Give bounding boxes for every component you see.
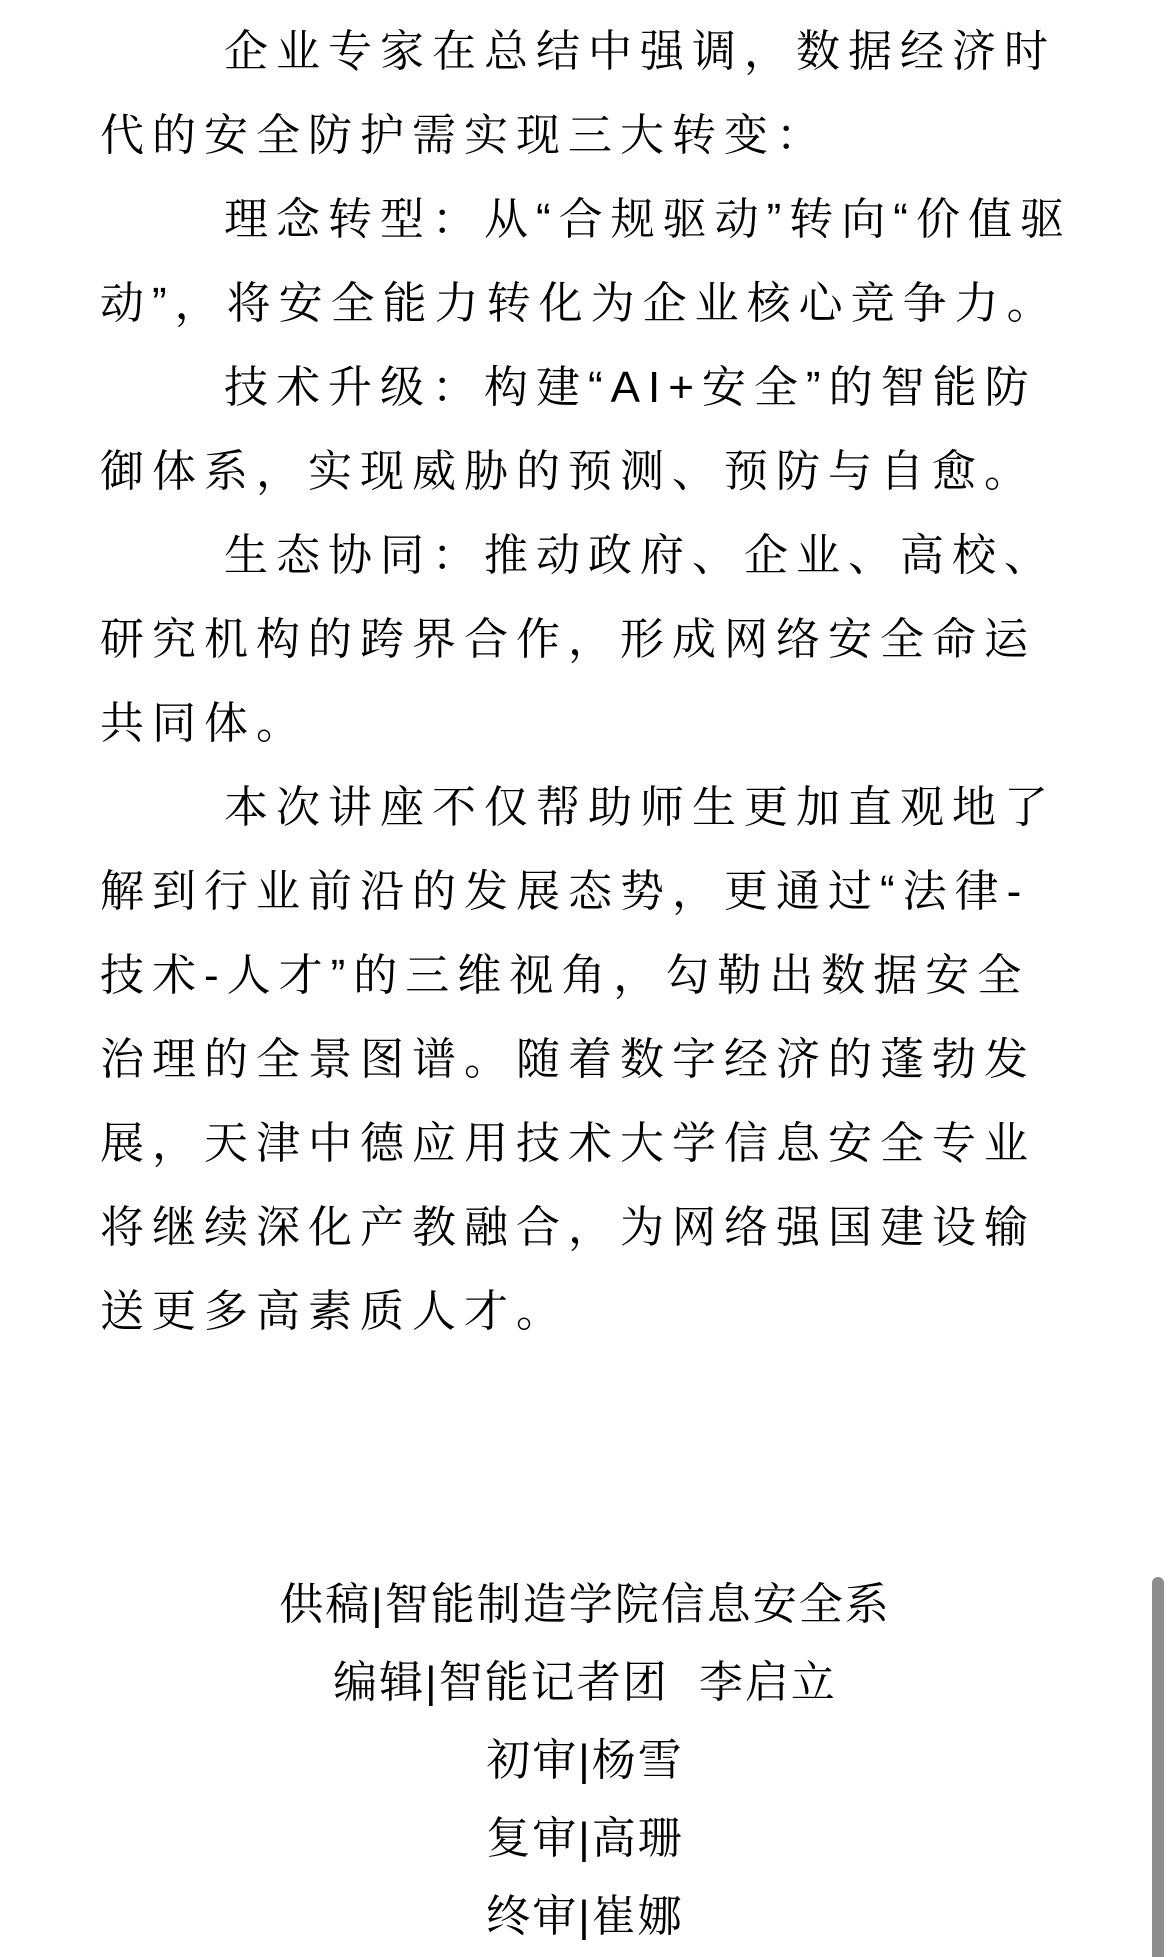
article-page: 企业专家在总结中强调，数据经济时代的安全防护需实现三大转变：理念转型：从“合规驱… (0, 0, 1170, 1957)
article-text-line: 共同体。 (0, 682, 1170, 766)
article-text-line: 治理的全景图谱。随着数字经济的蓬勃发 (0, 1018, 1170, 1102)
article-text-line: 送更多高素质人才。 (0, 1270, 1170, 1354)
article-text-line: 代的安全防护需实现三大转变： (0, 94, 1170, 178)
article-text-line: 御体系，实现威胁的预测、预防与自愈。 (0, 430, 1170, 514)
scrollbar-thumb[interactable] (1152, 1577, 1164, 1957)
credits-block: 供稿|智能制造学院信息安全系编辑|智能记者团 李启立初审|杨雪复审|高珊终审|崔… (0, 1566, 1170, 1956)
credit-line: 终审|崔娜 (0, 1878, 1170, 1956)
article-body: 企业专家在总结中强调，数据经济时代的安全防护需实现三大转变：理念转型：从“合规驱… (0, 10, 1170, 1354)
article-text-line: 理念转型：从“合规驱动”转向“价值驱 (0, 178, 1170, 262)
article-text-line: 动”，将安全能力转化为企业核心竞争力。 (0, 262, 1170, 346)
article-text-line: 技术升级：构建“AI+安全”的智能防 (0, 346, 1170, 430)
article-text-line: 展，天津中德应用技术大学信息安全专业 (0, 1102, 1170, 1186)
article-text-line: 技术-人才”的三维视角，勾勒出数据安全 (0, 934, 1170, 1018)
article-text-line: 解到行业前沿的发展态势，更通过“法律- (0, 850, 1170, 934)
article-text-line: 将继续深化产教融合，为网络强国建设输 (0, 1186, 1170, 1270)
credit-line: 复审|高珊 (0, 1800, 1170, 1878)
article-text-line: 本次讲座不仅帮助师生更加直观地了 (0, 766, 1170, 850)
credit-line: 编辑|智能记者团 李启立 (0, 1644, 1170, 1722)
credit-line: 供稿|智能制造学院信息安全系 (0, 1566, 1170, 1644)
credit-line: 初审|杨雪 (0, 1722, 1170, 1800)
article-text-line: 研究机构的跨界合作，形成网络安全命运 (0, 598, 1170, 682)
article-text-line: 企业专家在总结中强调，数据经济时 (0, 10, 1170, 94)
article-text-line: 生态协同：推动政府、企业、高校、 (0, 514, 1170, 598)
